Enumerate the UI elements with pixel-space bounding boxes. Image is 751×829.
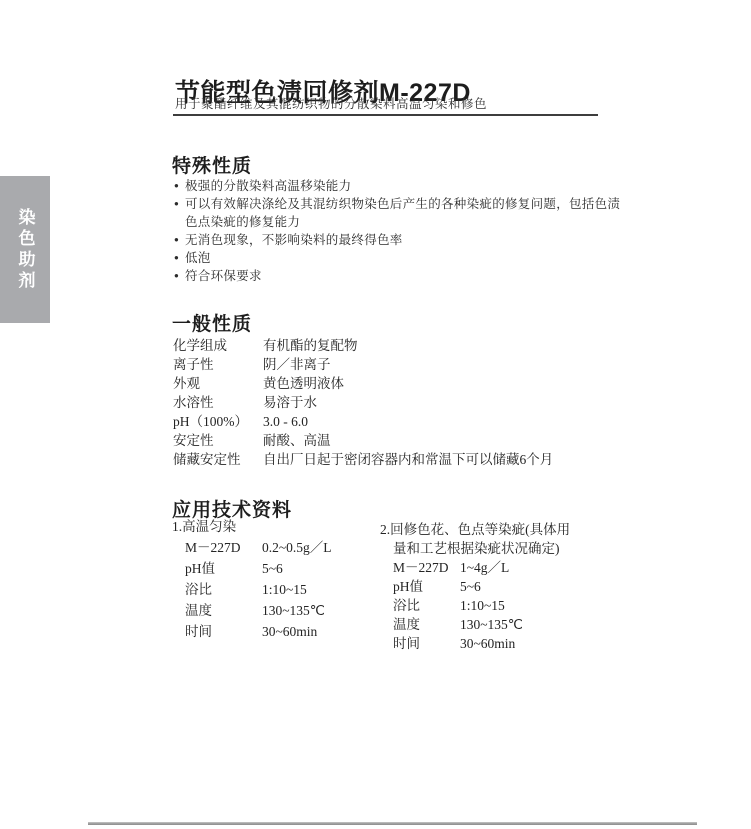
property-value: 耐酸、高温 [263,431,643,450]
table-row: 时间 30~60min [393,634,620,653]
property-value: 易溶于水 [263,393,643,412]
category-side-tab-label: 染色助剂 [13,208,38,292]
param-label: pH值 [393,577,460,596]
table-row: 离子性 阴／非离子 [173,355,643,374]
application-column-high-temp-level-dyeing: 1.高温匀染 M－227D 0.2~0.5g／L pH值 5~6 浴比 1:10… [172,516,377,642]
property-value: 阴／非离子 [263,355,643,374]
param-label: 时间 [185,621,262,642]
table-row: pH值 5~6 [185,558,377,579]
param-value: 5~6 [262,558,377,579]
property-label: 离子性 [173,355,263,374]
property-value: 有机酯的复配物 [263,336,643,355]
application-column-title: 2.回修色花、色点等染疵(具体用 量和工艺根据染疵状况确定) [380,520,620,558]
table-row: pH值 5~6 [393,577,620,596]
list-item: 无消色现象，不影响染料的最终得色率 [175,231,645,249]
section-heading-special-properties: 特殊性质 [172,151,252,178]
title-divider [173,114,598,116]
table-row: M－227D 0.2~0.5g／L [185,537,377,558]
table-row: 温度 130~135℃ [393,615,620,634]
param-label: 温度 [185,600,262,621]
list-item: 极强的分散染料高温移染能力 [175,177,645,195]
property-label: 外观 [173,374,263,393]
section-heading-general-properties: 一般性质 [172,309,252,336]
property-label: 储藏安定性 [173,450,263,469]
datasheet-page: 染色助剂 节能型色渍回修剂M-227D 用于聚酯纤维及其混纺织物的分散染料高温匀… [0,0,751,829]
table-row: 化学组成 有机酯的复配物 [173,336,643,355]
table-row: 水溶性 易溶于水 [173,393,643,412]
property-value: 自出厂日起于密闭容器内和常温下可以储藏6个月 [263,450,643,469]
table-row: 时间 30~60min [185,621,377,642]
param-label: pH值 [185,558,262,579]
property-label: 水溶性 [173,393,263,412]
property-value: 3.0 - 6.0 [263,412,643,431]
category-side-tab: 染色助剂 [0,176,50,323]
param-value: 0.2~0.5g／L [262,537,377,558]
property-value: 黄色透明液体 [263,374,643,393]
list-item: 低泡 [175,249,645,267]
table-row: 储藏安定性 自出厂日起于密闭容器内和常温下可以储藏6个月 [173,450,643,469]
param-value: 5~6 [460,577,620,596]
table-row: pH（100%） 3.0 - 6.0 [173,412,643,431]
param-label: 浴比 [185,579,262,600]
param-value: 130~135℃ [262,600,377,621]
table-row: 安定性 耐酸、高温 [173,431,643,450]
application-column-title: 1.高温匀染 [172,516,377,537]
param-value: 1:10~15 [262,579,377,600]
application-rows: M－227D 1~4g／L pH值 5~6 浴比 1:10~15 温度 130~… [380,558,620,653]
general-properties-table: 化学组成 有机酯的复配物 离子性 阴／非离子 外观 黄色透明液体 水溶性 易溶于… [173,336,643,469]
param-label: M－227D [393,558,460,577]
footer-divider [88,822,697,825]
application-column-stain-repair: 2.回修色花、色点等染疵(具体用 量和工艺根据染疵状况确定) M－227D 1~… [380,520,620,653]
param-value: 130~135℃ [460,615,620,634]
param-label: 浴比 [393,596,460,615]
param-value: 30~60min [262,621,377,642]
param-value: 30~60min [460,634,620,653]
param-value: 1:10~15 [460,596,620,615]
property-label: pH（100%） [173,412,263,431]
param-label: 时间 [393,634,460,653]
list-item: 符合环保要求 [175,267,645,285]
table-row: 浴比 1:10~15 [393,596,620,615]
table-row: 温度 130~135℃ [185,600,377,621]
param-value: 1~4g／L [460,558,620,577]
param-label: M－227D [185,537,262,558]
table-row: 外观 黄色透明液体 [173,374,643,393]
page-subtitle: 用于聚酯纤维及其混纺织物的分散染料高温匀染和修色 [175,94,487,112]
special-properties-list: 极强的分散染料高温移染能力 可以有效解决涤纶及其混纺织物染色后产生的各种染疵的修… [175,177,645,285]
property-label: 安定性 [173,431,263,450]
table-row: 浴比 1:10~15 [185,579,377,600]
property-label: 化学组成 [173,336,263,355]
application-rows: M－227D 0.2~0.5g／L pH值 5~6 浴比 1:10~15 温度 … [172,537,377,642]
param-label: 温度 [393,615,460,634]
table-row: M－227D 1~4g／L [393,558,620,577]
list-item: 可以有效解决涤纶及其混纺织物染色后产生的各种染疵的修复问题，包括色渍 色点染疵的… [175,195,645,231]
